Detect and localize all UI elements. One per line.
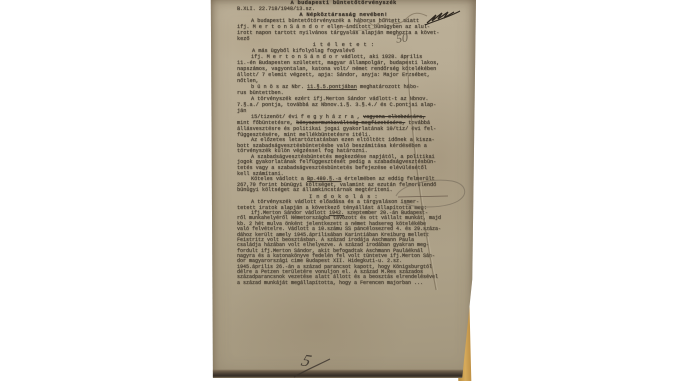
guilty-clause: b ü n ö s az Nbr. 11.§.5.pontjában megha… [237, 84, 450, 96]
commencement-paragraph: A szabadságvesztésbüntetés megkezdése na… [237, 155, 450, 177]
defendant-paragraph: ifj. M e r t o n S á n d o r vádlott, ak… [237, 54, 450, 84]
legal-basis-paragraph: A törvényszék ezért ifj.Merton Sándor vá… [237, 96, 450, 114]
page-bottom-shadow [212, 370, 464, 377]
facts-paragraph: ifj.Merton Sándor vádlott 1942. szeptemb… [237, 211, 450, 286]
facts-post: szeptember 20.-án Budapest- ről munkahel… [237, 210, 441, 285]
intro-paragraph: A budapesti büntetőtörvényszék a háborus… [237, 18, 450, 42]
costs-paragraph: Köteles vádlott a Bp.480.§.-a értelmében… [237, 177, 450, 194]
document-page: A budapesti büntetőtörvényszék B.XLI. 22… [210, 0, 476, 378]
sentence-clause: 15/tizenöt/ évi f e g y h á z r a , vagy… [237, 114, 450, 138]
detention-paragraph: Az előzetes letartóztatásban ezen eltölt… [237, 138, 450, 155]
typewritten-content: A budapesti büntetőtörvényszék B.XLI. 22… [210, 0, 476, 378]
photo-canvas: A budapesti büntetőtörvényszék B.XLI. 22… [0, 0, 678, 381]
pencil-page-number: 50 [395, 30, 409, 46]
guilty-clause-statute: 11.§.5.pontjában [307, 84, 357, 90]
